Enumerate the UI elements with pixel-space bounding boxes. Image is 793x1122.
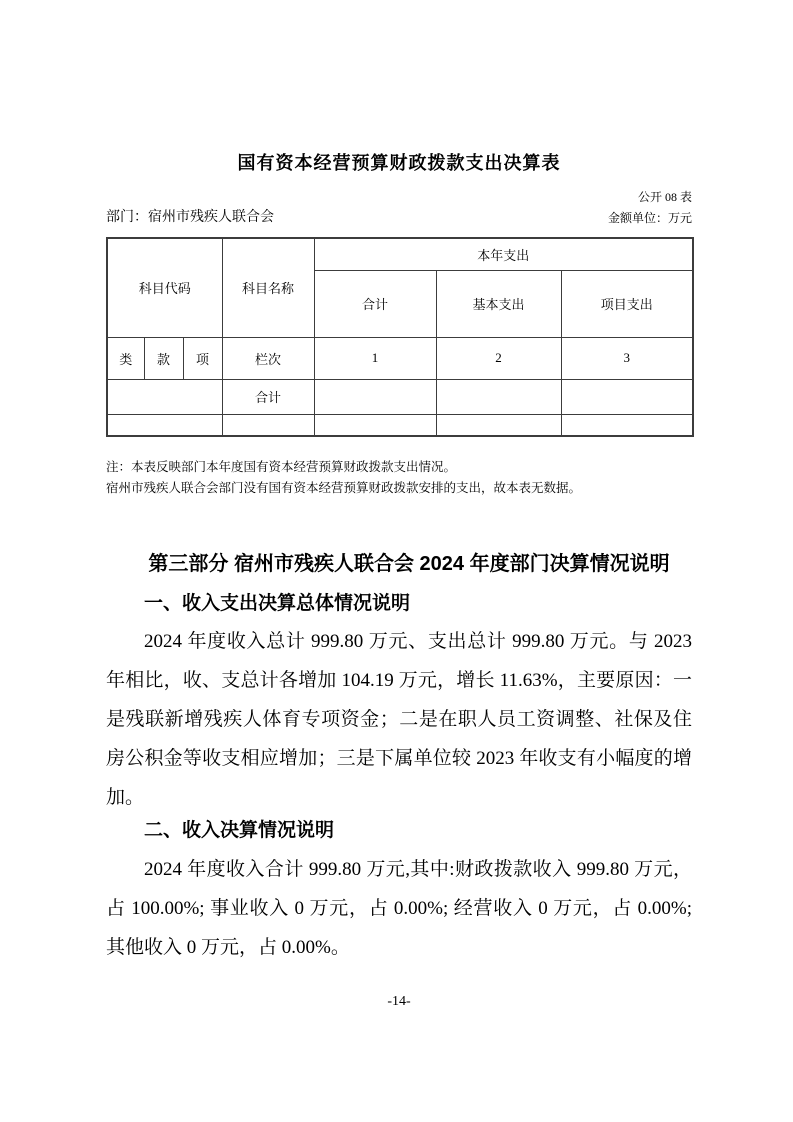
subsection-two-heading: 二、收入决算情况说明 (106, 817, 692, 844)
header-item: 项 (183, 337, 222, 379)
table-row (107, 414, 693, 436)
part-three-heading: 第三部分 宿州市残疾人联合会 2024 年度部门决算情况说明 (106, 551, 692, 577)
column-index-1: 1 (314, 337, 436, 379)
total-row-code-cell (107, 379, 222, 414)
empty-row-basic-cell (436, 414, 561, 436)
header-column-label: 栏次 (222, 337, 314, 379)
table-note-line-2: 宿州市残疾人联合会部门没有国有资本经营预算财政拨款安排的支出，故本表无数据。 (106, 478, 692, 499)
table-row: 合计 (107, 379, 693, 414)
column-index-3: 3 (561, 337, 693, 379)
table-column-index-row: 类 款 项 栏次 1 2 3 (107, 337, 693, 379)
document-page: 国有资本经营预算财政拨款支出决算表 公开 08 表 部门：宿州市残疾人联合会 金… (0, 0, 793, 1122)
subsection-two-paragraph: 2024 年度收入合计 999.80 万元,其中:财政拨款收入 999.80 万… (106, 850, 692, 967)
total-row-project-cell (561, 379, 693, 414)
subsection-one-heading: 一、收入支出决算总体情况说明 (106, 590, 692, 617)
total-row-total-cell (314, 379, 436, 414)
page-number: -14- (106, 993, 692, 1011)
total-row-basic-cell (436, 379, 561, 414)
empty-row-total-cell (314, 414, 436, 436)
header-basic-expenditure: 基本支出 (436, 270, 561, 337)
page-title: 国有资本经营预算财政拨款支出决算表 (106, 152, 692, 174)
table-note-line-1: 注：本表反映部门本年度国有资本经营预算财政拨款支出情况。 (106, 457, 692, 478)
empty-row-name-cell (222, 414, 314, 436)
header-project-expenditure: 项目支出 (561, 270, 693, 337)
header-total: 合计 (314, 270, 436, 337)
header-current-year-expenditure: 本年支出 (314, 238, 693, 270)
expenditure-table: 科目代码 科目名称 本年支出 合计 基本支出 项目支出 类 款 项 栏次 1 2… (106, 237, 694, 437)
public-table-number-label: 公开 08 表 (106, 190, 692, 204)
header-subject-code: 科目代码 (107, 238, 222, 337)
table-header-row-1: 科目代码 科目名称 本年支出 (107, 238, 693, 270)
header-class: 类 (107, 337, 144, 379)
header-subject-name: 科目名称 (222, 238, 314, 337)
column-index-2: 2 (436, 337, 561, 379)
table-notes: 注：本表反映部门本年度国有资本经营预算财政拨款支出情况。 宿州市残疾人联合会部门… (106, 457, 692, 499)
page-content: 国有资本经营预算财政拨款支出决算表 公开 08 表 部门：宿州市残疾人联合会 金… (106, 152, 692, 1011)
total-row-name-cell: 合计 (222, 379, 314, 414)
empty-row-code-cell (107, 414, 222, 436)
amount-unit-label: 金额单位：万元 (608, 211, 692, 226)
subsection-one-paragraph: 2024 年度收入总计 999.80 万元、支出总计 999.80 万元。与 2… (106, 622, 692, 817)
table-meta-row: 部门：宿州市残疾人联合会 金额单位：万元 (106, 209, 692, 226)
empty-row-project-cell (561, 414, 693, 436)
department-label: 部门：宿州市残疾人联合会 (106, 209, 274, 226)
header-section: 款 (144, 337, 183, 379)
